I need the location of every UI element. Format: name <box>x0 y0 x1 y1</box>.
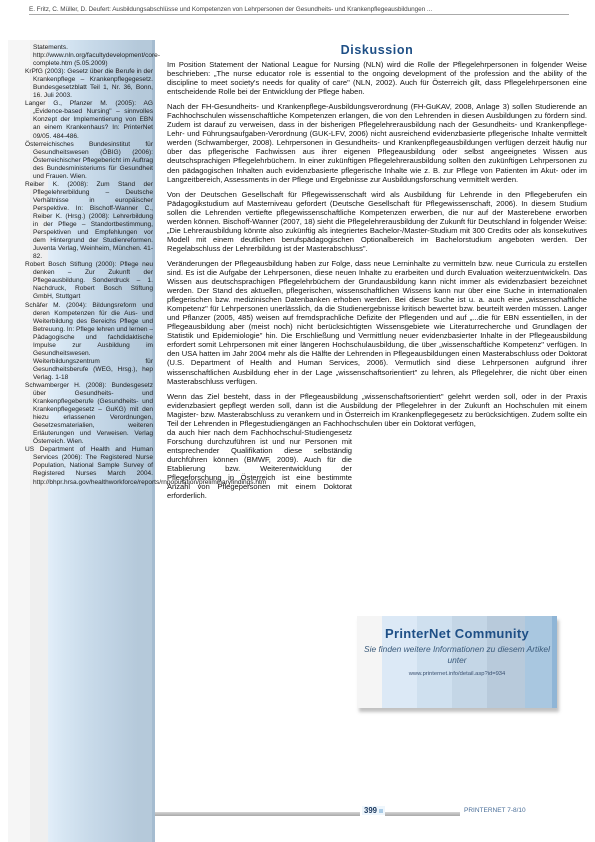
footer-rule-left <box>155 812 360 816</box>
reference-item: Reiber K. (2008): Zum Stand der Pflegele… <box>25 181 153 261</box>
paragraph: Von der Deutschen Gesellschaft für Pfleg… <box>167 190 587 253</box>
paragraph: Nach der FH-Gesundheits- und Krankenpfle… <box>167 102 587 183</box>
paragraph: Wenn das Ziel besteht, dass in der Pfleg… <box>167 392 587 428</box>
reference-item: Schäfer M. (2004): Bildungsreform und de… <box>25 302 153 382</box>
reference-item: Robert Bosch Stiftung (2000): Pflege neu… <box>25 261 153 301</box>
promo-title: PrinterNet Community <box>357 626 557 641</box>
paragraph: Im Position Statement der National Leagu… <box>167 60 587 96</box>
reference-item: Österreichisches Bundesinstitut für Gesu… <box>25 141 153 181</box>
references-list: Statements. http://www.nln.org/facultyde… <box>25 44 153 487</box>
reference-item: Schwamberger H. (2008): Bundesgesetz übe… <box>25 382 153 446</box>
reference-item: Langer G., Pfanzer M. (2005): AG „Eviden… <box>25 100 153 140</box>
running-head: E. Fritz, C. Müller, D. Deufert: Ausbild… <box>29 6 569 15</box>
printernet-community-box: PrinterNet Community Sie finden weitere … <box>357 616 557 708</box>
journal-name: PRINTERNET 7-8/10 <box>464 807 526 814</box>
page-number-text: 399 <box>364 806 377 815</box>
page-number: 399 <box>362 806 385 815</box>
paragraph: Veränderungen der Pflegeausbildung haben… <box>167 259 587 386</box>
section-heading: Diskussion <box>167 43 587 57</box>
reference-item: US Department of Health and Human Servic… <box>25 446 153 486</box>
paragraph-continuation: da auch hier nach dem Fachhochschul-Stud… <box>167 428 352 500</box>
footer-rule-right <box>385 812 460 816</box>
main-column: Diskussion Im Position Statement der Nat… <box>167 43 587 506</box>
promo-url-link[interactable]: www.printernet.info/detail.asp?id=934 <box>357 671 557 677</box>
reference-item: Statements. http://www.nln.org/facultyde… <box>25 44 153 68</box>
reference-item: KrPfG (2003): Gesetz über die Berufe in … <box>25 68 153 100</box>
page-marker-icon <box>379 809 383 813</box>
promo-text: Sie finden weitere Informationen zu dies… <box>357 644 557 666</box>
